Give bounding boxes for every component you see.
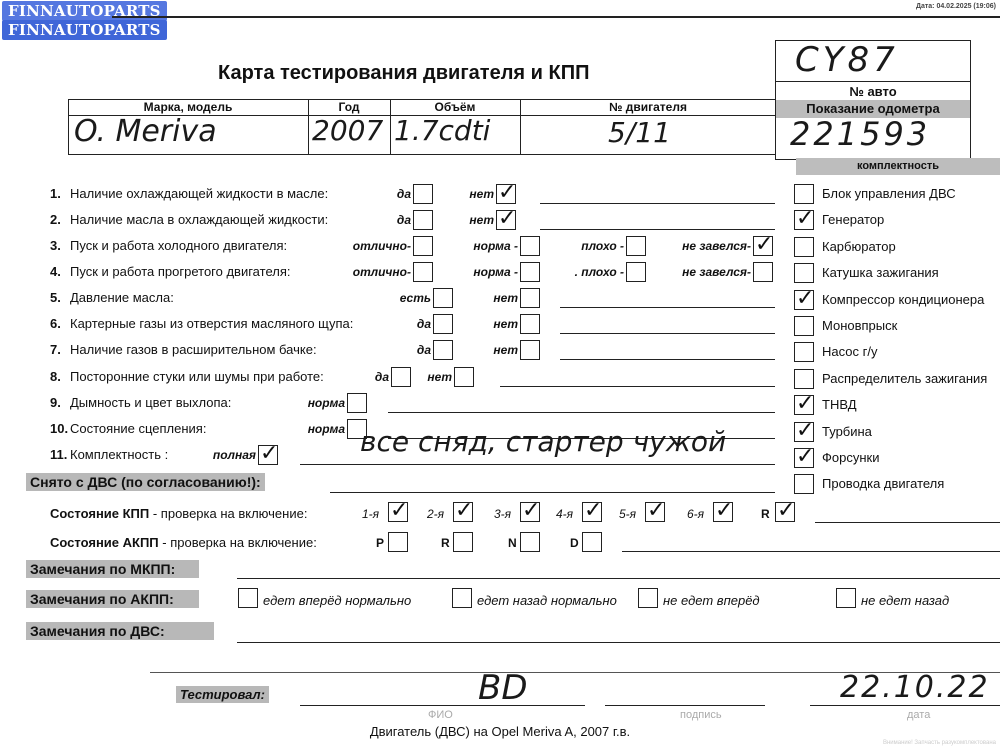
caption-date: дата [907,709,930,721]
tester-date-line[interactable] [810,705,1000,706]
odometer-value: 221593 [790,115,930,153]
kit-checkbox[interactable] [794,342,814,362]
kit-item-label: Катушка зажигания [822,265,939,280]
position-checkbox[interactable] [453,532,473,552]
akpp-option-checkbox[interactable] [452,588,472,608]
removed-line[interactable] [330,492,775,493]
print-date: Дата: 04.02.2025 (19:06) [916,3,996,10]
check-row-number: 11. [50,447,70,462]
check-row-label: 7.Наличие газов в расширительном бачке: [50,342,317,357]
remarks-dvs-label: Замечания по ДВС: [26,622,214,640]
check-option-label: нет [400,317,518,331]
check-row-number: 5. [50,290,70,305]
gear-checkbox[interactable] [775,502,795,522]
tester-signature-line[interactable] [605,705,765,706]
check-note-line[interactable] [560,359,775,360]
check-note-line[interactable] [560,333,775,334]
kit-item-label: Генератор [822,212,884,227]
check-row-number: 4. [50,264,70,279]
akpp-option-checkbox[interactable] [638,588,658,608]
kit-checkbox[interactable] [794,316,814,336]
check-row-number: 9. [50,395,70,410]
position-checkbox[interactable] [388,532,408,552]
auto-gearbox-line[interactable] [622,551,1000,552]
year-value: 2007 [312,114,383,147]
position-checkbox[interactable] [520,532,540,552]
kit-checkbox[interactable] [794,237,814,257]
manual-gearbox-line[interactable] [815,522,1000,523]
check-row-text: Пуск и работа прогретого двигателя: [70,264,290,279]
auto-gearbox-subtitle: - проверка на включение: [159,535,317,550]
brand-logo: FINNAUTOPARTS [2,1,167,21]
manual-gearbox-subtitle: - проверка на включение: [149,506,307,521]
caption-name: ФИО [428,709,453,721]
check-row-number: 1. [50,186,70,201]
gear-checkbox[interactable] [713,502,733,522]
caption-signature: подпись [680,709,722,721]
check-option-label: нет [400,291,518,305]
check-option-label: нет [334,370,452,384]
check-option-box[interactable] [258,445,278,465]
check-row-number: 8. [50,369,70,384]
header-divider [112,16,1000,18]
car-number-label: № авто [775,84,971,99]
gear-label: 1-я [362,507,379,521]
check-row-label: 6.Картерные газы из отверстия масляного … [50,316,353,331]
position-label: P [376,536,384,550]
check-note-line[interactable] [300,464,775,465]
check-row-text: Пуск и работа холодного двигателя: [70,238,287,253]
gear-label: 6-я [687,507,704,521]
kit-item-label: ТНВД [822,397,857,412]
kit-checkbox[interactable] [794,422,814,442]
watermark: Внимание! Запчасть разукомплектована [883,740,996,746]
check-option-box[interactable] [496,184,516,204]
kit-item-label: Насос г/у [822,344,877,359]
akpp-option-checkbox[interactable] [836,588,856,608]
check-option-label: плохо - [506,239,624,253]
check-option-label: отлично- [293,239,411,253]
remarks-mkpp-line[interactable] [237,578,1000,579]
kit-item-label: Компрессор кондиционера [822,292,984,307]
check-option-box[interactable] [454,367,474,387]
check-row-text: Наличие масла в охлаждающей жидкости: [70,212,328,227]
gear-label: 2-я [427,507,444,521]
check-row-label: 2.Наличие масла в охлаждающей жидкости: [50,212,328,227]
divider [775,81,971,82]
header-engine-no: № двигателя [520,100,776,114]
check-row-number: 7. [50,342,70,357]
kit-checkbox[interactable] [794,263,814,283]
kit-item-label: Форсунки [822,450,879,465]
check-row-label: 3.Пуск и работа холодного двигателя: [50,238,287,253]
kit-checkbox[interactable] [794,448,814,468]
gear-checkbox[interactable] [645,502,665,522]
gear-label: 3-я [494,507,511,521]
check-option-box[interactable] [520,314,540,334]
check-row-label: 9.Дымность и цвет выхлопа: [50,395,231,410]
auto-gearbox-label: Состояние АКПП - проверка на включение: [50,535,317,550]
check-row-number: 2. [50,212,70,227]
kit-item-label: Распределитель зажигания [822,371,987,386]
remarks-mkpp-label: Замечания по МКПП: [26,560,199,578]
kit-item-label: Проводка двигателя [822,476,944,491]
model-value: O. Meriva [74,114,217,149]
page-title: Карта тестирования двигателя и КПП [218,62,589,85]
header-volume: Объём [390,100,520,114]
akpp-option-label: едет вперёд нормально [263,593,411,608]
kit-note: все сняд, стартер чужой [360,425,726,458]
tester-name: BD [478,668,528,708]
check-row-text: Давление масла: [70,290,174,305]
kit-item-label: Турбина [822,424,872,439]
akpp-option-label: не едет назад [861,593,949,608]
kit-checkbox[interactable] [794,369,814,389]
manual-gearbox-label: Состояние КПП - проверка на включение: [50,506,307,521]
check-row-text: Состояние сцепления: [70,421,206,436]
check-option-label: . плохо - [506,265,624,279]
position-label: R [441,536,450,550]
position-label: N [508,536,517,550]
check-option-box[interactable] [753,262,773,282]
check-note-line[interactable] [560,307,775,308]
tester-date: 22.10.22 [840,670,990,705]
check-row-text: Дымность и цвет выхлопа: [70,395,231,410]
remarks-dvs-line[interactable] [237,642,1000,643]
check-row-number: 6. [50,316,70,331]
check-note-line[interactable] [388,412,775,413]
car-number-value: CY87 [795,40,899,80]
kit-checkbox[interactable] [794,210,814,230]
kit-item-label: Моновпрыск [822,318,897,333]
gear-label: 4-я [556,507,573,521]
kit-title: комплектность [796,158,1000,175]
akpp-option-checkbox[interactable] [238,588,258,608]
check-option-box[interactable] [496,210,516,230]
auto-gearbox-title: Состояние АКПП [50,535,159,550]
tester-label: Тестировал: [176,686,269,703]
check-row-text: Наличие газов в расширительном бачке: [70,342,317,357]
check-option-label: норма - [400,265,518,279]
kit-item-label: Блок управления ДВС [822,186,956,201]
check-option-label: нет [376,213,494,227]
gear-checkbox[interactable] [582,502,602,522]
brand-logo-secondary: FINNAUTOPARTS [2,20,167,40]
check-option-box[interactable] [520,340,540,360]
manual-gearbox-title: Состояние КПП [50,506,149,521]
check-row-text: Картерные газы из отверстия масляного щу… [70,316,353,331]
check-option-label: полная [138,448,256,462]
check-option-label: не завелся- [633,239,751,253]
akpp-option-label: едет назад нормально [477,593,617,608]
check-option-label: норма - [400,239,518,253]
kit-checkbox[interactable] [794,290,814,310]
check-option-box[interactable] [347,393,367,413]
gear-label: R [761,507,770,521]
check-option-label: отлично- [293,265,411,279]
tester-name-line[interactable] [300,705,585,706]
check-note-line[interactable] [540,229,775,230]
check-row-label: 4.Пуск и работа прогретого двигателя: [50,264,290,279]
gear-checkbox[interactable] [453,502,473,522]
position-checkbox[interactable] [582,532,602,552]
kit-checkbox[interactable] [794,395,814,415]
kit-checkbox[interactable] [794,184,814,204]
check-note-line[interactable] [500,386,775,387]
removed-label: Снято с ДВС (по согласованию!): [26,473,265,491]
check-option-box[interactable] [520,288,540,308]
check-option-label: нет [400,343,518,357]
check-option-label: нет [376,187,494,201]
check-option-box[interactable] [753,236,773,256]
header-year: Год [308,100,390,114]
check-option-label: не завелся- [633,265,751,279]
kit-item-label: Карбюратор [822,239,896,254]
check-note-line[interactable] [540,203,775,204]
check-option-label: норма [227,422,345,436]
check-row-label: 10.Состояние сцепления: [50,421,206,436]
position-label: D [570,536,579,550]
engine-no-value: 5/11 [608,116,671,149]
kit-checkbox[interactable] [794,474,814,494]
akpp-option-label: не едет вперёд [663,593,760,608]
image-caption: Двигатель (ДВС) на Opel Meriva A, 2007 г… [0,724,1000,739]
check-option-label: норма [227,396,345,410]
gear-checkbox[interactable] [520,502,540,522]
remarks-akpp-label: Замечания по АКПП: [26,590,199,608]
check-row-label: 5.Давление масла: [50,290,174,305]
check-row-text: Наличие охлаждающей жидкости в масле: [70,186,328,201]
gear-checkbox[interactable] [388,502,408,522]
volume-value: 1.7cdti [394,114,490,147]
header-model: Марка, модель [68,100,308,114]
check-row-label: 1.Наличие охлаждающей жидкости в масле: [50,186,328,201]
gear-label: 5-я [619,507,636,521]
check-row-number: 3. [50,238,70,253]
check-row-number: 10. [50,421,70,436]
